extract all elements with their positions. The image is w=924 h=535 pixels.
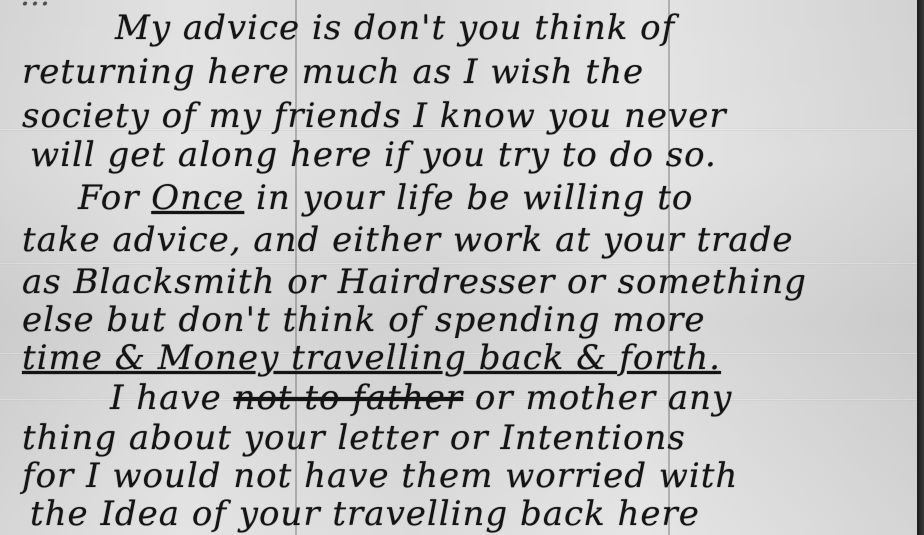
letter-line-3: society of my friends I know you never <box>22 96 727 136</box>
line-5-end: in your life be willing to <box>244 178 693 218</box>
struck-through-text: not to father <box>234 378 464 418</box>
letter-line-10: I have not to father or mother any <box>110 378 732 418</box>
line-10-end: or mother any <box>463 378 732 418</box>
underlined-word-once: Once <box>151 178 244 218</box>
partial-top-line: … <box>20 0 51 13</box>
letter-line-12: for I would not have them worried with <box>22 456 738 496</box>
letter-line-13: the Idea of your travelling back here <box>30 494 700 534</box>
letter-line-8: else but don't think of spending more <box>22 300 705 340</box>
letter-line-6: take advice, and either work at your tra… <box>22 220 794 260</box>
line-5-start: For <box>78 178 151 218</box>
letter-line-9: time & Money travelling back & forth. <box>22 338 721 378</box>
letter-line-5: For Once in your life be willing to <box>78 178 693 218</box>
letter-line-11: thing about your letter or Intentions <box>22 418 686 458</box>
scan-border <box>917 0 924 535</box>
letter-line-4: will get along here if you try to do so. <box>30 135 717 175</box>
line-9-text: time & Money travelling back & forth. <box>22 338 721 378</box>
letter-page: … My advice is don't you think of return… <box>0 0 917 535</box>
letter-line-7: as Blacksmith or Hairdresser or somethin… <box>22 262 807 302</box>
line-10-start: I have <box>110 378 234 418</box>
letter-line-1: My advice is don't you think of <box>115 8 675 48</box>
letter-line-2: returning here much as I wish the <box>22 52 644 92</box>
